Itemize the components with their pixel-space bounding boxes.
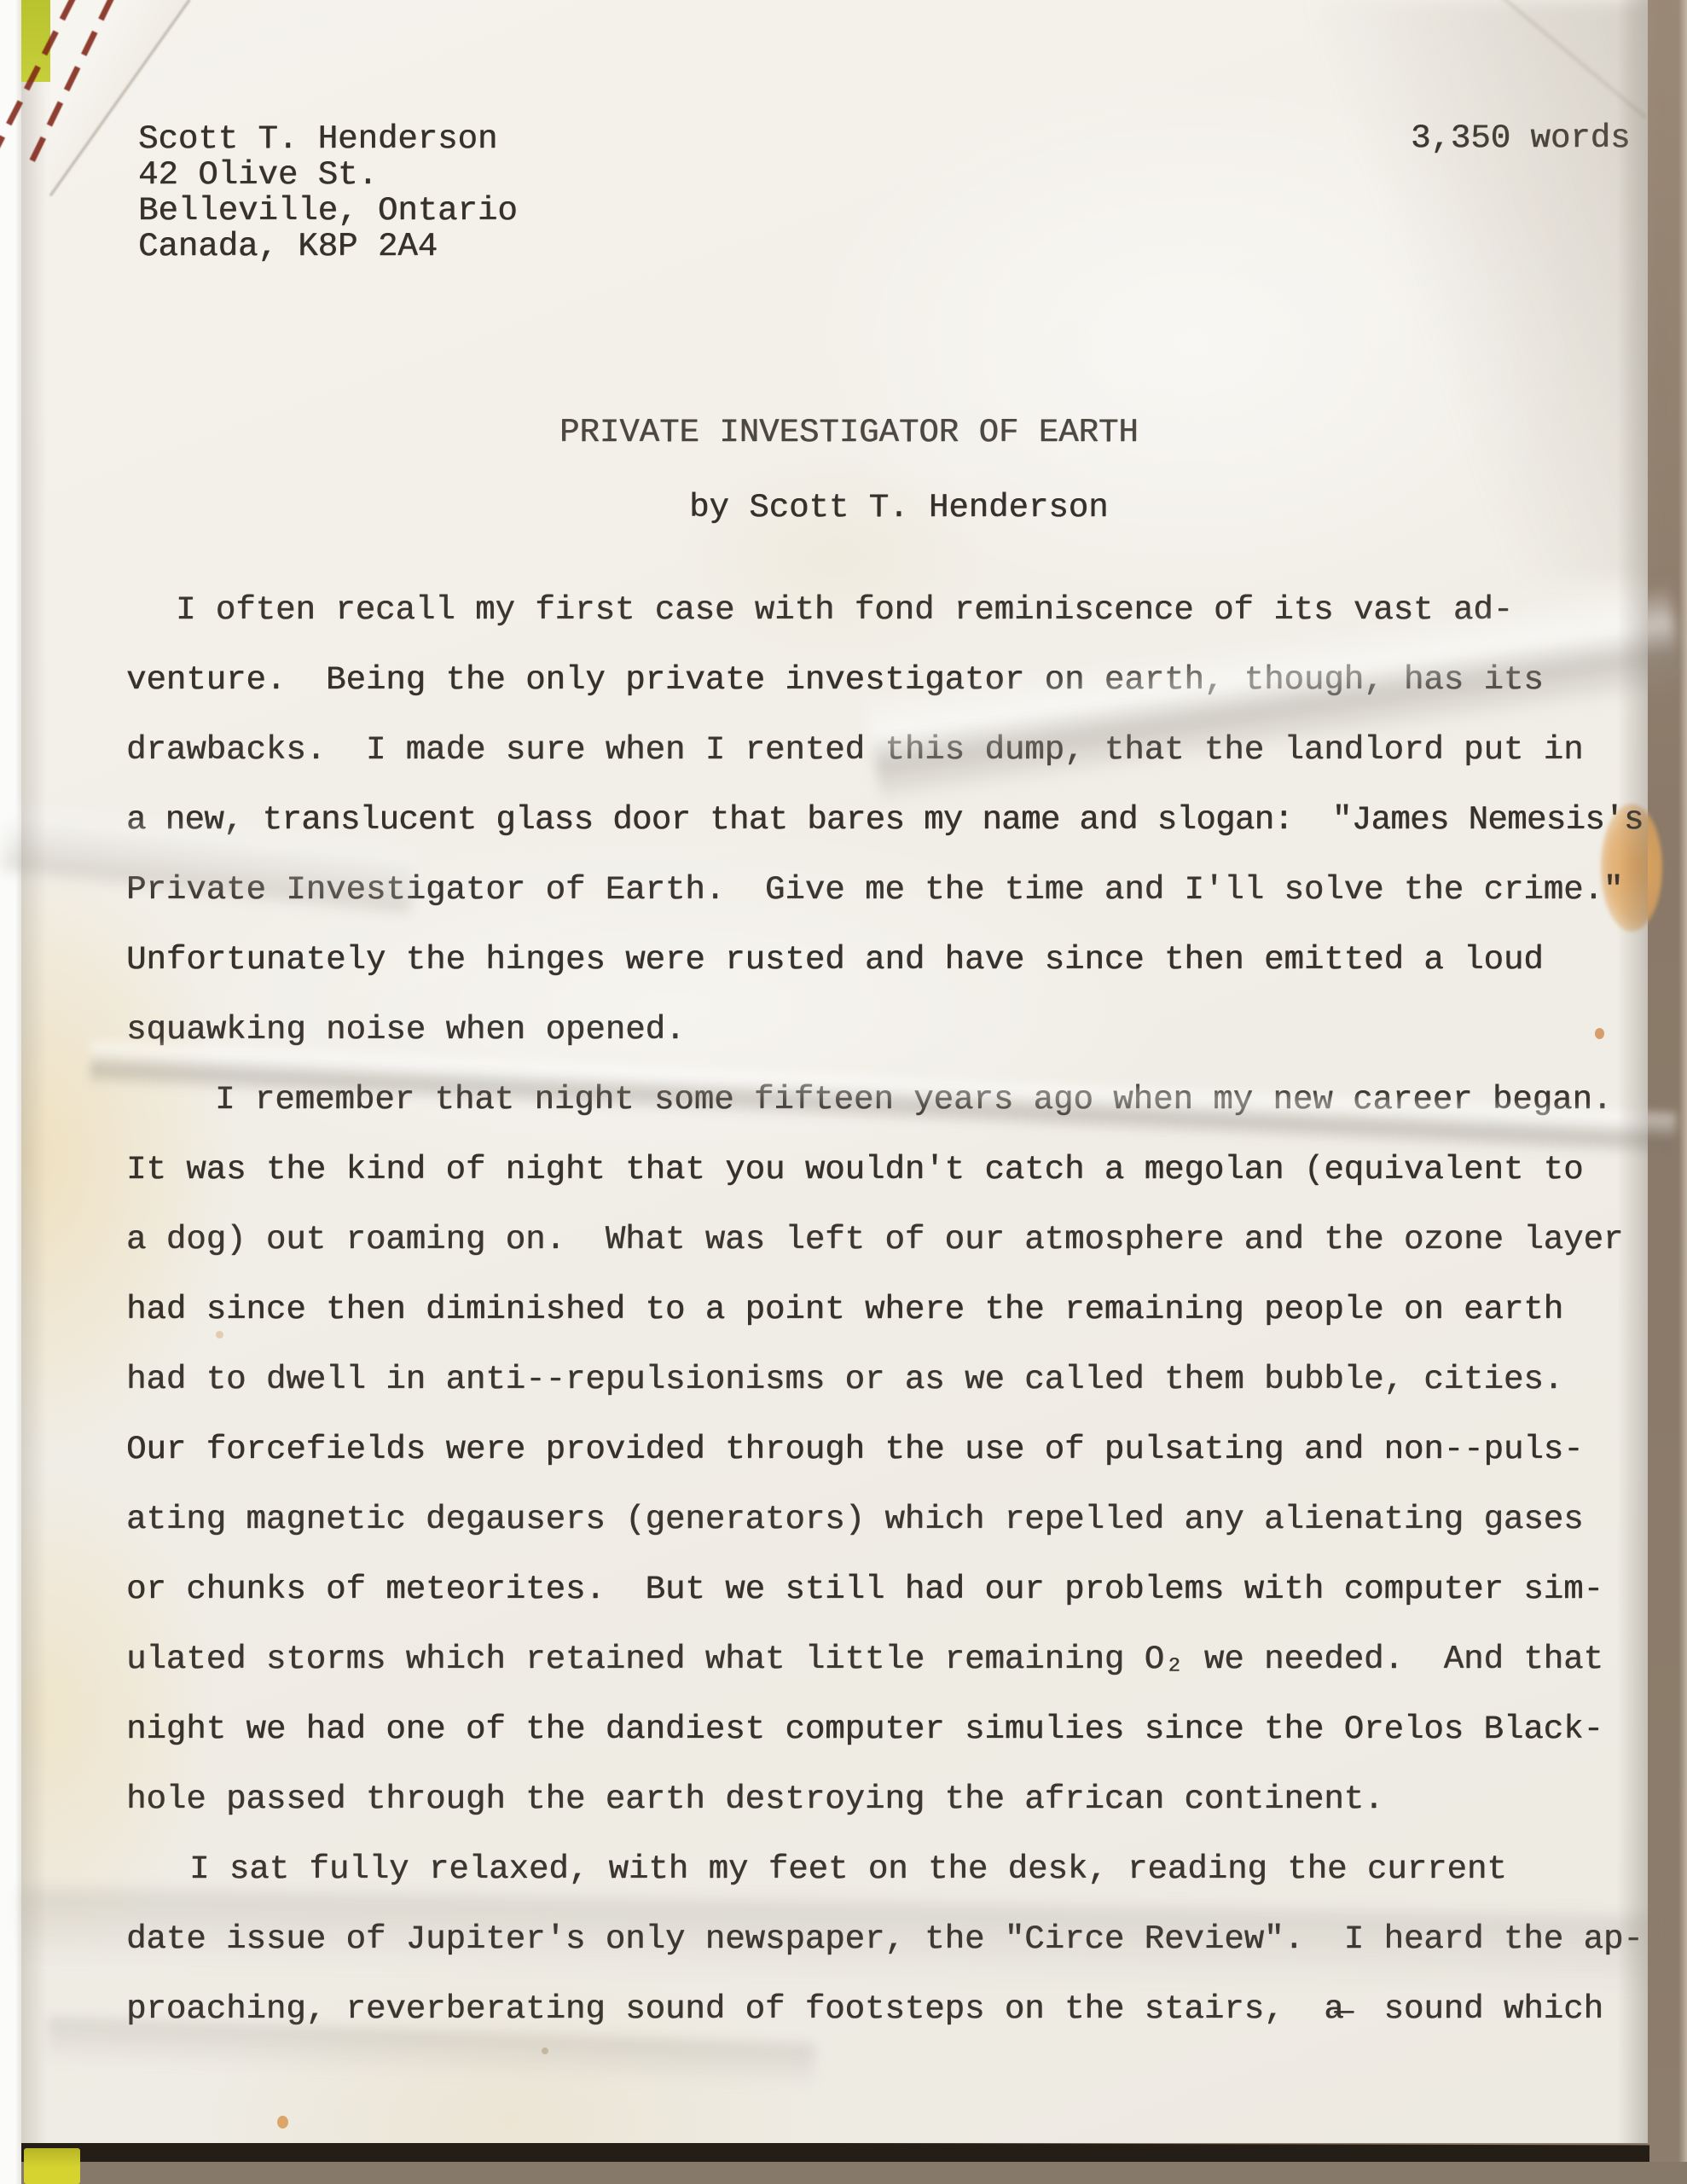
typed-line: had since then diminished to a point whe… xyxy=(126,1290,1670,1360)
typed-line: had to dwell in anti--repulsionisms or a… xyxy=(126,1360,1670,1430)
manuscript-page: Scott T. Henderson42 Olive St.Belleville… xyxy=(21,0,1648,2143)
scan-edge-strip xyxy=(0,0,21,2184)
typed-line: hole passed through the earth destroying… xyxy=(126,1780,1670,1850)
typed-line: proaching, reverberating sound of footst… xyxy=(126,1989,1670,2059)
typed-line: I sat fully relaxed, with my feet on the… xyxy=(126,1850,1670,1920)
desk-edge-highlight xyxy=(1678,0,1687,2184)
paragraph: I sat fully relaxed, with my feet on the… xyxy=(126,1850,1670,2059)
paragraph: I often recall my first case with fond r… xyxy=(126,590,1670,1080)
typed-line: a dog) out roaming on. What was left of … xyxy=(126,1220,1670,1290)
typed-line: ulated storms which retained what little… xyxy=(126,1640,1670,1710)
stain-speck xyxy=(277,2116,288,2129)
story-title: PRIVATE INVESTIGATOR OF EARTH xyxy=(559,413,1139,452)
typed-line: date issue of Jupiter's only newspaper, … xyxy=(126,1920,1670,1989)
address-line: Canada, K8P 2A4 xyxy=(138,229,518,264)
paragraph: I remember that night some fifteen years… xyxy=(126,1080,1670,1850)
typed-line: or chunks of meteorites. But we still ha… xyxy=(126,1570,1670,1640)
typed-line: ating magnetic degausers (generators) wh… xyxy=(126,1500,1670,1570)
typed-line: night we had one of the dandiest compute… xyxy=(126,1710,1670,1780)
typed-line: Unfortunately the hinges were rusted and… xyxy=(126,940,1670,1010)
typed-line: Our forcefields were provided through th… xyxy=(126,1430,1670,1500)
typed-line: I remember that night some fifteen years… xyxy=(126,1080,1670,1150)
typed-line: drawbacks. I made sure when I rented thi… xyxy=(126,730,1670,800)
edge-shading xyxy=(21,0,47,2143)
manuscript-body: I often recall my first case with fond r… xyxy=(126,590,1670,2059)
address-line: Scott T. Henderson xyxy=(138,121,518,157)
desk-surface-bottom xyxy=(17,2162,1687,2184)
author-address-block: Scott T. Henderson42 Olive St.Belleville… xyxy=(138,121,518,264)
typed-line: I often recall my first case with fond r… xyxy=(126,590,1670,660)
scanned-manuscript-photo: Scott T. Henderson42 Olive St.Belleville… xyxy=(0,0,1687,2184)
corner-shading xyxy=(1281,0,1648,580)
byline: by Scott T. Henderson xyxy=(689,488,1108,527)
typed-line: venture. Being the only private investig… xyxy=(126,660,1670,730)
typed-line: a new, translucent glass door that bares… xyxy=(126,800,1670,870)
yellow-object-bottom-left xyxy=(24,2148,80,2184)
typed-line: It was the kind of night that you wouldn… xyxy=(126,1150,1670,1220)
address-line: 42 Olive St. xyxy=(138,157,518,193)
address-line: Belleville, Ontario xyxy=(138,193,518,229)
typed-line: squawking noise when opened. xyxy=(126,1010,1670,1080)
typed-line: Private Investigator of Earth. Give me t… xyxy=(126,870,1670,940)
edge-shading xyxy=(1617,0,1648,2143)
